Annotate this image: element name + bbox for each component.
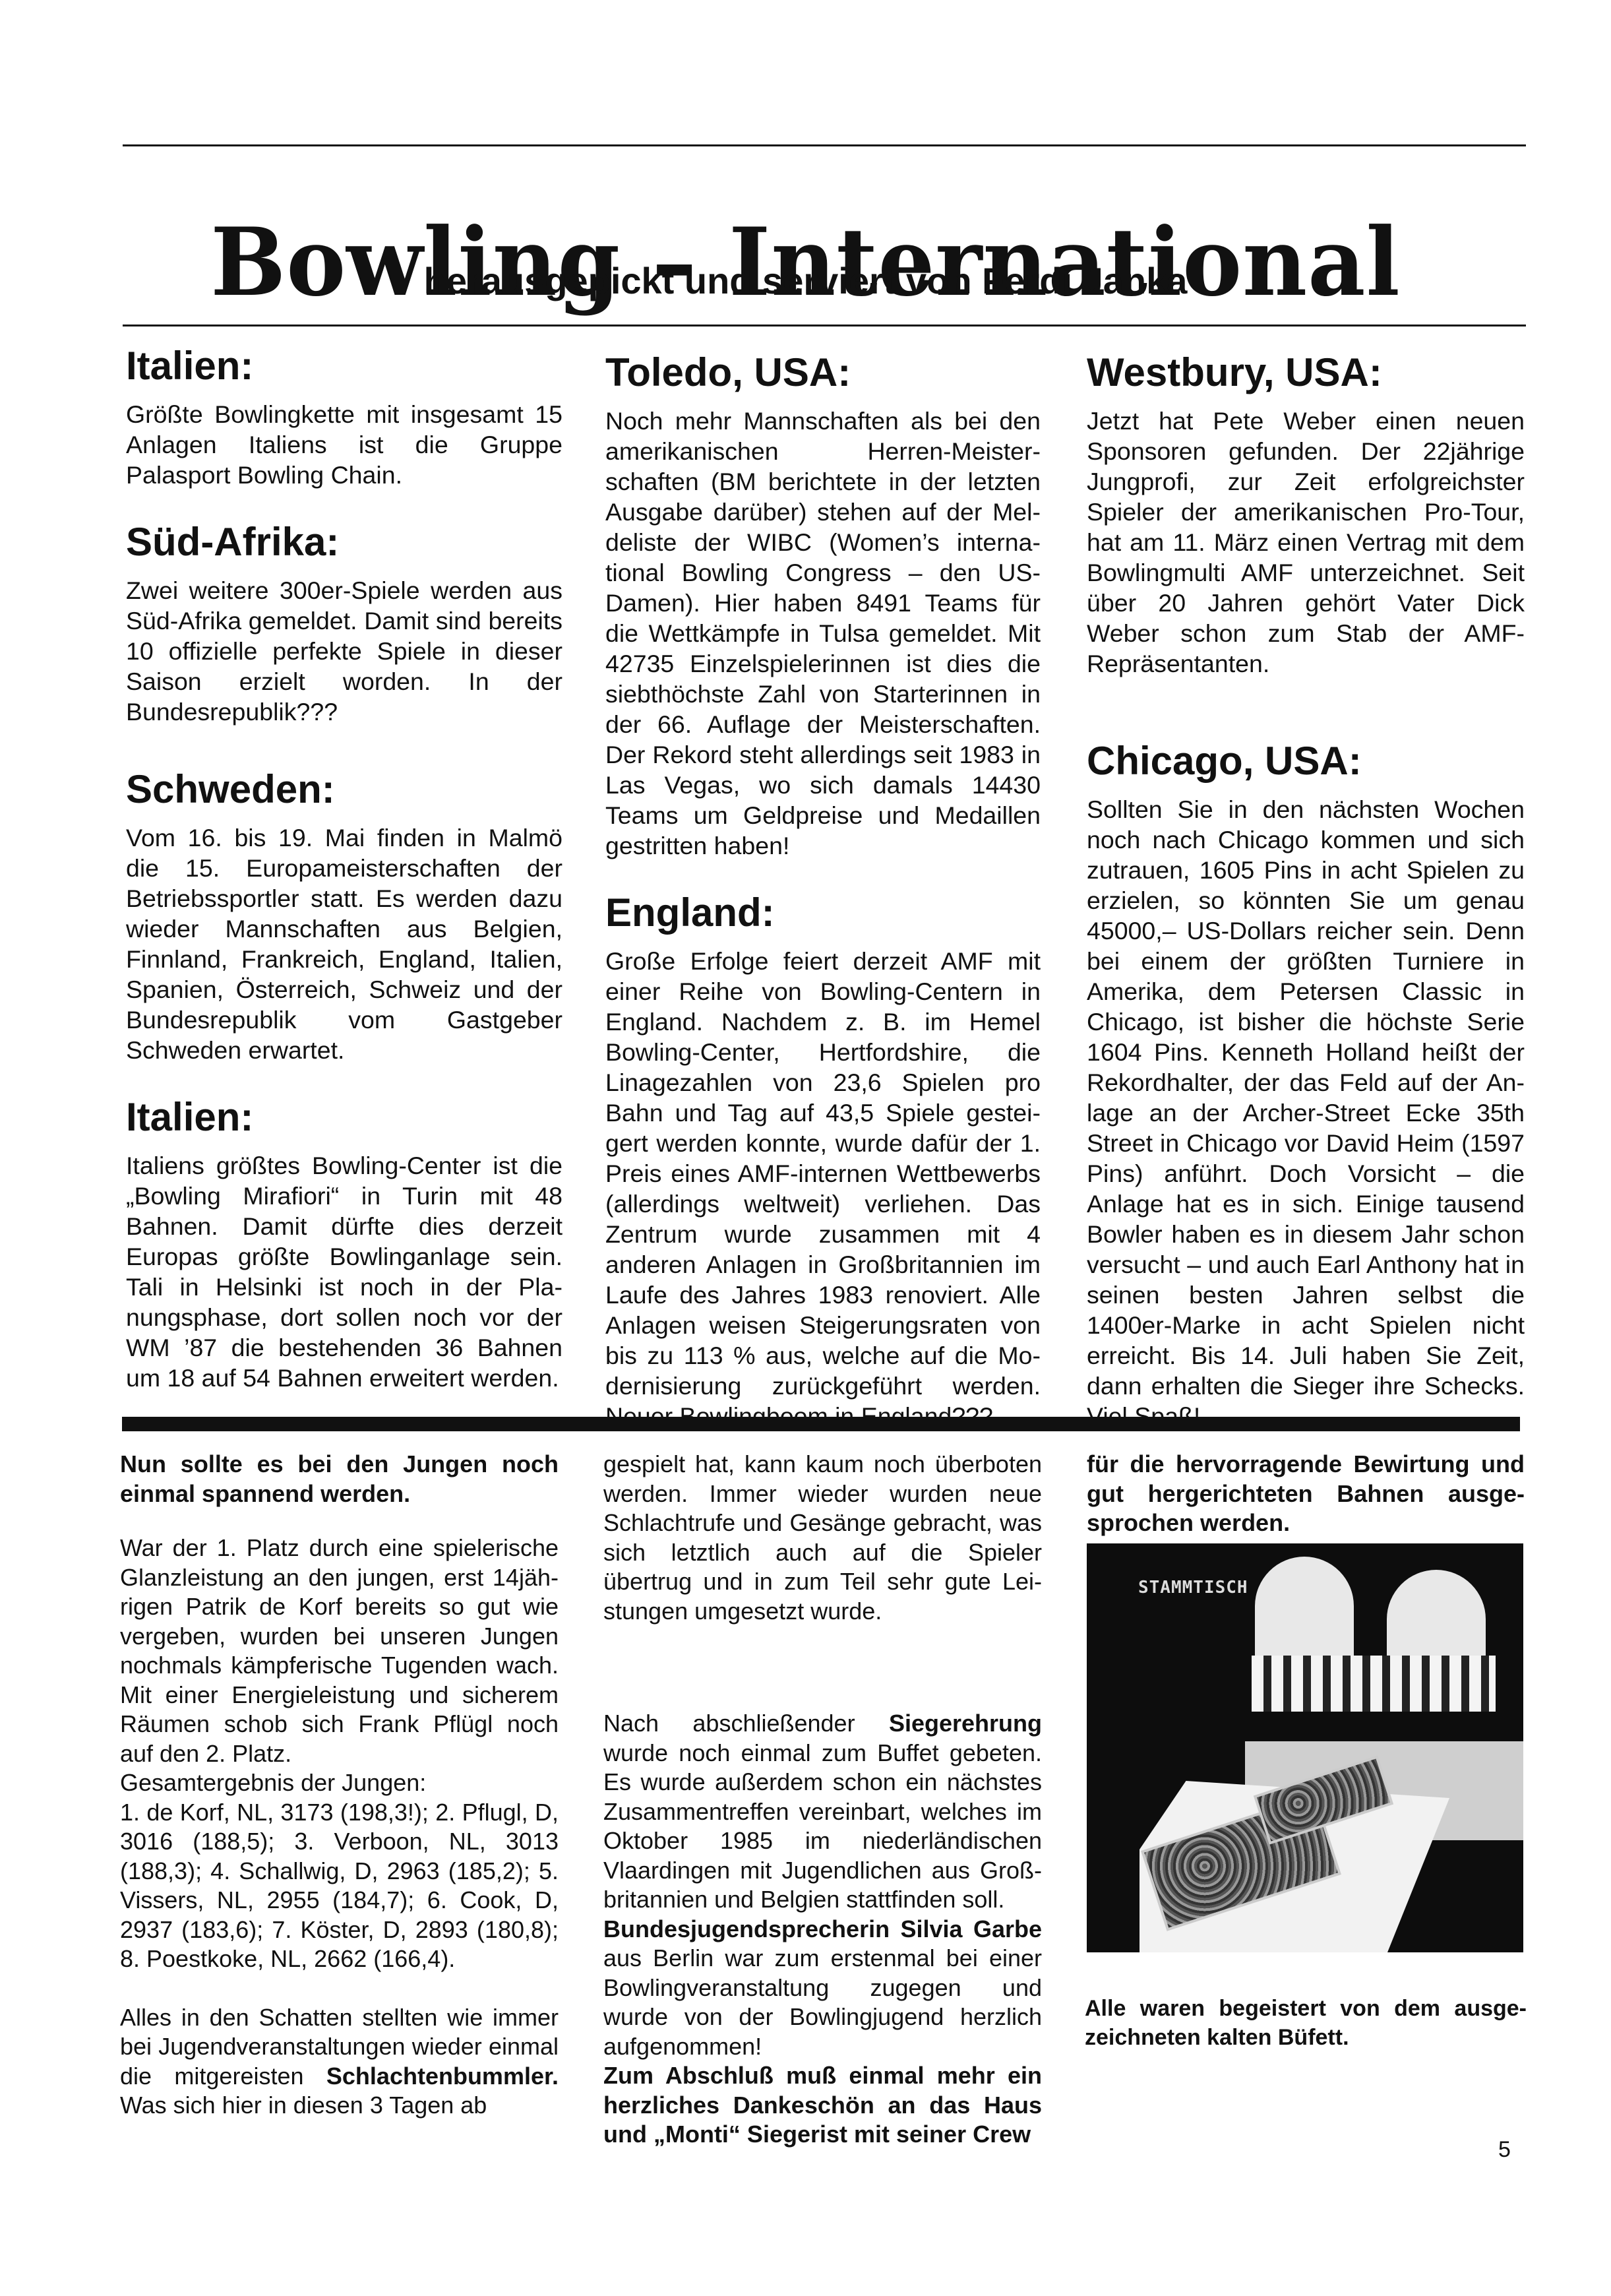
news-heading: Süd-Afrika: — [126, 519, 562, 565]
results-list: 1. de Korf, NL, 3173 (198,3!); 2. Pflugl… — [120, 1798, 559, 1974]
news-body: Größte Bowlingkette mit insgesamt 15 Anl… — [126, 399, 562, 490]
news-heading: Italien: — [126, 1094, 562, 1140]
news-column-3: Westbury, USA: Jetzt hat Pete Weber eine… — [1087, 350, 1525, 1460]
report-column-2: gespielt hat, kann kaum noch überboten w… — [603, 1450, 1042, 2150]
news-heading: Chicago, USA: — [1087, 738, 1525, 784]
news-body: Große Erfolge feiert derzeit AMF mit ein… — [605, 946, 1041, 1431]
news-body: Vom 16. bis 19. Mai finden in Malmö die … — [126, 822, 562, 1065]
news-item-sued-afrika: Süd-Afrika: Zwei weitere 300er-Spiele we… — [126, 519, 562, 727]
news-column-1: Italien: Größte Bowlingkette mit insgesa… — [126, 343, 562, 1422]
news-item-schweden: Schweden: Vom 16. bis 19. Mai finden in … — [126, 766, 562, 1065]
news-item-westbury: Westbury, USA: Jetzt hat Pete Weber eine… — [1087, 350, 1525, 679]
news-heading: Schweden: — [126, 766, 562, 812]
report-paragraph: War der 1. Platz durch eine spielerische… — [120, 1534, 559, 1768]
news-body: Noch mehr Mannschaften als bei den ameri… — [605, 406, 1041, 861]
photo-caption: Alle waren begeistert von dem ausge­zeic… — [1085, 1994, 1527, 2052]
news-item-italien-2: Italien: Italiens größtes Bowling-Center… — [126, 1094, 562, 1393]
page-subtitle: herausgepickt und serviert von Ferdi Jan… — [0, 263, 1611, 299]
news-heading: Westbury, USA: — [1087, 350, 1525, 395]
news-body: Jetzt hat Pete Weber einen neuen Sponsor… — [1087, 406, 1525, 679]
news-item-italien-1: Italien: Größte Bowlingkette mit insgesa… — [126, 343, 562, 490]
report-column-1: Nun sollte es bei den Jungen noch einmal… — [120, 1450, 559, 2121]
report-thanks-continued: für die hervorragende Bewirtung und gut … — [1087, 1450, 1525, 1538]
news-body: Sollten Sie in den nächsten Wochen noch … — [1087, 794, 1525, 1431]
results-label: Gesamtergebnis der Jungen: — [120, 1768, 559, 1798]
header-bottom-rule — [123, 325, 1526, 326]
news-heading: Italien: — [126, 343, 562, 388]
section-divider-rule — [122, 1417, 1520, 1431]
photo-balustrade — [1252, 1656, 1496, 1712]
bold-phrase: Schlachtenbumm­ler. — [326, 2063, 559, 2090]
report-column-3: für die hervorragende Bewirtung und gut … — [1087, 1450, 1525, 1538]
bold-phrase: Bundesjugendsprecherin Silvia Gar­be — [603, 1915, 1042, 1942]
report-paragraph: Bundesjugendsprecherin Silvia Gar­be aus… — [603, 1915, 1042, 2062]
news-body: Zwei weitere 300er-Spiele werden aus Süd… — [126, 575, 562, 727]
buffet-photo: STAMMTISCH — [1087, 1543, 1523, 1952]
news-heading: Toledo, USA: — [605, 350, 1041, 395]
report-paragraph: Alles in den Schatten stellten wie immer… — [120, 2003, 559, 2121]
report-lead: Nun sollte es bei den Jungen noch einmal… — [120, 1450, 559, 1508]
page-number: 5 — [1498, 2137, 1511, 2163]
news-heading: England: — [605, 890, 1041, 935]
photo-sign-text: STAMMTISCH — [1138, 1578, 1248, 1598]
top-rule — [123, 144, 1526, 146]
news-item-england: England: Große Erfolge feiert derzeit AM… — [605, 890, 1041, 1431]
report-paragraph: gespielt hat, kann kaum noch überboten w… — [603, 1450, 1042, 1626]
bold-phrase: Siegerehrung — [889, 1710, 1042, 1737]
report-paragraph: Nach abschließender Siegerehrung wurde n… — [603, 1709, 1042, 1915]
news-body: Italiens größtes Bowling-Center ist die … — [126, 1150, 562, 1393]
news-item-toledo: Toledo, USA: Noch mehr Mannschaften als … — [605, 350, 1041, 861]
news-column-2: Toledo, USA: Noch mehr Mannschaften als … — [605, 350, 1041, 1460]
news-item-chicago: Chicago, USA: Sollten Sie in den nächste… — [1087, 738, 1525, 1431]
report-thanks: Zum Abschluß muß einmal mehr ein herzlic… — [603, 2061, 1042, 2150]
